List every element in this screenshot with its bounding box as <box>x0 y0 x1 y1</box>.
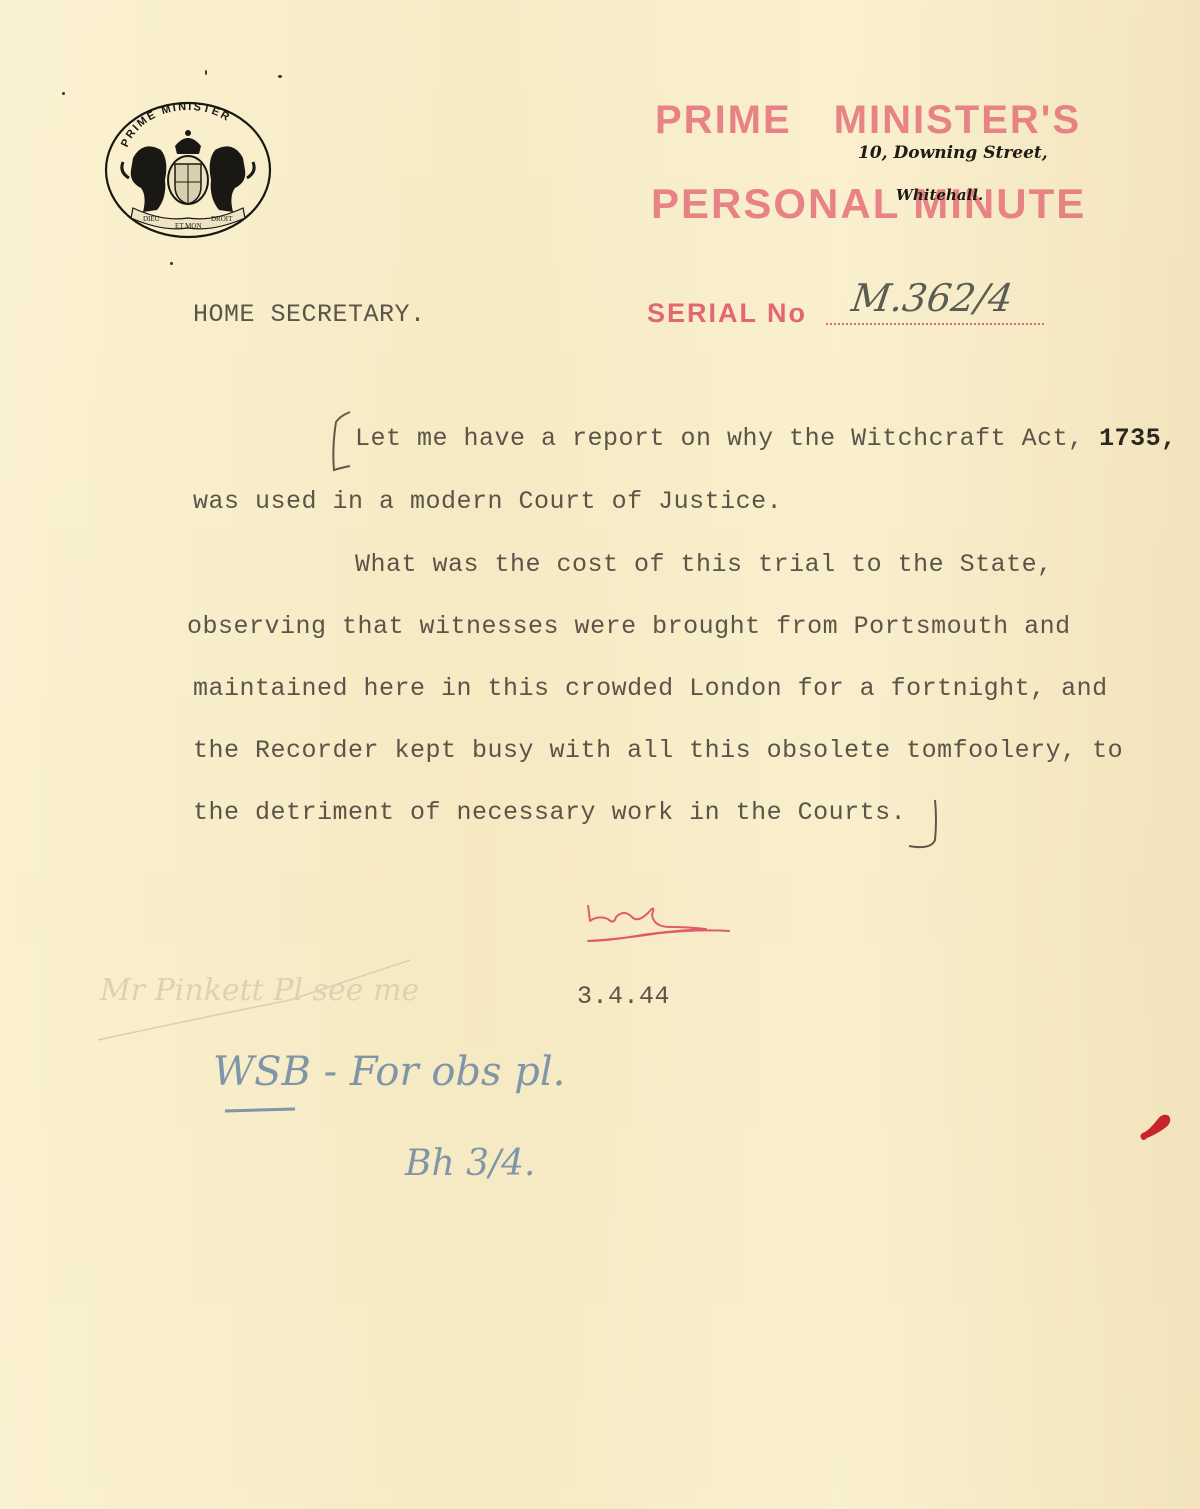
royal-crest-emblem: PRIME MINISTER DIEU ET MON DROIT <box>103 100 273 240</box>
stamp-personal-minute: PERSONAL MINUTE <box>651 180 1086 228</box>
paper-speck <box>278 75 282 78</box>
paper-speck <box>170 262 173 265</box>
signature-red-ink <box>580 895 740 955</box>
stamp-ministers: MINISTER'S <box>834 98 1081 142</box>
serial-label: SERIAL No <box>647 298 807 329</box>
body-line-2: was used in a modern Court of Justice. <box>193 487 782 516</box>
serial-value-handwritten: M.362/4 <box>849 276 1016 320</box>
act-year: 1735, <box>1099 424 1177 453</box>
date: 3.4.44 <box>577 982 670 1011</box>
stamp-line-1: PRIMEMINISTER'S <box>655 98 1081 143</box>
address-district: Whitehall. <box>896 186 983 204</box>
stamp-prime: PRIME <box>655 98 792 142</box>
body-line-7: the detriment of necessary work in the C… <box>193 798 906 827</box>
body-line-4: observing that witnesses were brought fr… <box>187 612 1071 641</box>
crest-ring-text: PRIME MINISTER <box>119 101 233 149</box>
blue-ink-annotation: WSB - For obs pl. Bh 3/4. <box>205 1025 565 1205</box>
paper-speck <box>205 70 207 75</box>
pencil-close-bracket <box>905 790 945 856</box>
pencil-note-text: Mr Pinkett Pl see me <box>99 973 419 1008</box>
motto-left: DIEU <box>143 215 160 223</box>
blue-note-line-1: WSB - For obs pl. <box>213 1049 565 1095</box>
body-line-6: the Recorder kept busy with all this obs… <box>193 736 1123 765</box>
svg-text:PRIME MINISTER: PRIME MINISTER <box>119 101 233 149</box>
blue-note-line-2: Bh 3/4. <box>404 1143 535 1184</box>
paper-speck <box>62 92 65 95</box>
body-line-1-text: Let me have a report on why the Witchcra… <box>355 424 1099 453</box>
red-ink-blot <box>1135 1110 1175 1144</box>
addressee: HOME SECRETARY. <box>193 300 426 329</box>
body-line-5: maintained here in this crowded London f… <box>193 674 1108 703</box>
motto-center: ET MON <box>175 222 202 230</box>
address-street: 10, Downing Street, <box>858 143 1048 163</box>
motto-right: DROIT <box>211 215 233 223</box>
body-line-1: Let me have a report on why the Witchcra… <box>355 424 1177 453</box>
serial-dotted-line <box>826 323 1044 325</box>
body-line-3: What was the cost of this trial to the S… <box>355 550 1053 579</box>
